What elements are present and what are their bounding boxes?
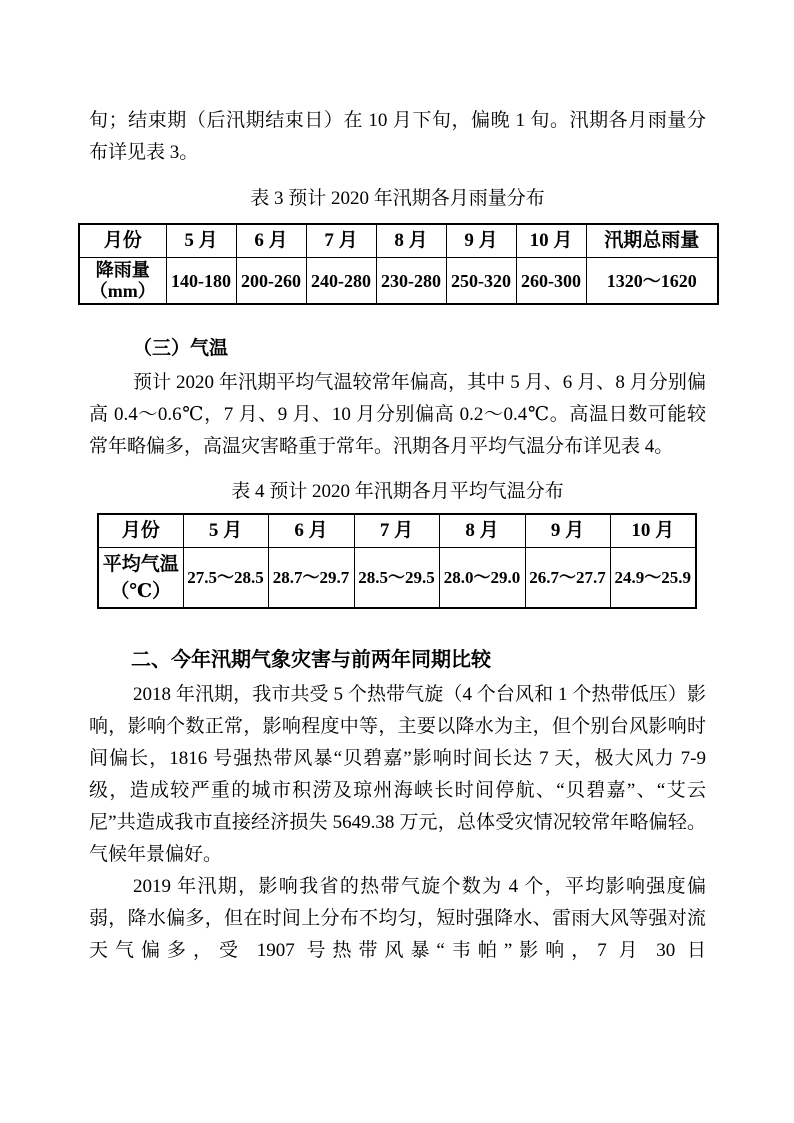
table4-header-august: 8 月	[439, 514, 525, 548]
table4-row-label-line1: 平均气温	[99, 551, 183, 578]
table3-value-october: 260-300	[516, 258, 586, 305]
table-header-row: 月份 5 月 6 月 7 月 8 月 9 月 10 月	[98, 514, 696, 548]
table3-header-month: 月份	[79, 224, 166, 258]
table4-header-june: 6 月	[268, 514, 354, 548]
table3-header-total: 汛期总雨量	[586, 224, 718, 258]
table3-value-august: 230-280	[376, 258, 446, 305]
paragraph-2019: 2019 年汛期，影响我省的热带气旋个数为 4 个，平均影响强度偏弱，降水偏多，…	[89, 871, 706, 967]
section-temperature-heading: （三）气温	[89, 333, 706, 365]
table4-value-october: 24.9～25.9	[610, 548, 696, 609]
intro-paragraph: 旬；结束期（后汛期结束日）在 10 月下旬，偏晚 1 旬。汛期各月雨量分布详见表…	[89, 105, 706, 169]
table4-value-august: 28.0～29.0	[439, 548, 525, 609]
table3-header-june: 6 月	[236, 224, 306, 258]
table4-value-may: 27.5～28.5	[183, 548, 268, 609]
table3-header-may: 5 月	[166, 224, 236, 258]
table4-row-label-line2: （℃）	[99, 578, 183, 605]
table3-header-july: 7 月	[306, 224, 376, 258]
document-page: 旬；结束期（后汛期结束日）在 10 月下旬，偏晚 1 旬。汛期各月雨量分布详见表…	[0, 0, 794, 1123]
table3-header-september: 9 月	[446, 224, 516, 258]
table-data-row: 降雨量 （mm） 140-180 200-260 240-280 230-280…	[79, 258, 718, 305]
table3-value-may: 140-180	[166, 258, 236, 305]
table4-row-label: 平均气温 （℃）	[98, 548, 183, 609]
table4-value-september: 26.7～27.7	[525, 548, 610, 609]
table4-header-month: 月份	[98, 514, 183, 548]
rainfall-distribution-table: 月份 5 月 6 月 7 月 8 月 9 月 10 月 汛期总雨量 降雨量 （m…	[78, 223, 719, 305]
table3-header-august: 8 月	[376, 224, 446, 258]
temperature-distribution-table: 月份 5 月 6 月 7 月 8 月 9 月 10 月 平均气温 （℃） 27.…	[97, 513, 697, 609]
table3-row-label-line1: 降雨量	[80, 260, 166, 281]
table3-caption: 表 3 预计 2020 年汛期各月雨量分布	[89, 183, 706, 215]
temperature-paragraph: 预计 2020 年汛期平均气温较常年偏高，其中 5 月、6 月、8 月分别偏高 …	[89, 367, 706, 463]
table4-header-july: 7 月	[354, 514, 439, 548]
table3-value-total: 1320～1620	[586, 258, 718, 305]
page-content: 旬；结束期（后汛期结束日）在 10 月下旬，偏晚 1 旬。汛期各月雨量分布详见表…	[89, 0, 706, 967]
table3-value-september: 250-320	[446, 258, 516, 305]
section-comparison-heading: 二、今年汛期气象灾害与前两年同期比较	[89, 644, 706, 676]
paragraph-2018: 2018 年汛期，我市共受 5 个热带气旋（4 个台风和 1 个热带低压）影响，…	[89, 679, 706, 871]
table4-caption: 表 4 预计 2020 年汛期各月平均气温分布	[89, 476, 706, 508]
table4-value-july: 28.5～29.5	[354, 548, 439, 609]
table4-value-june: 28.7～29.7	[268, 548, 354, 609]
table3-value-july: 240-280	[306, 258, 376, 305]
table3-row-label: 降雨量 （mm）	[79, 258, 166, 305]
table4-header-may: 5 月	[183, 514, 268, 548]
table-data-row: 平均气温 （℃） 27.5～28.5 28.7～29.7 28.5～29.5 2…	[98, 548, 696, 609]
table3-row-label-line2: （mm）	[80, 281, 166, 302]
table4-header-september: 9 月	[525, 514, 610, 548]
table-header-row: 月份 5 月 6 月 7 月 8 月 9 月 10 月 汛期总雨量	[79, 224, 718, 258]
table4-header-october: 10 月	[610, 514, 696, 548]
table3-header-october: 10 月	[516, 224, 586, 258]
table3-value-june: 200-260	[236, 258, 306, 305]
